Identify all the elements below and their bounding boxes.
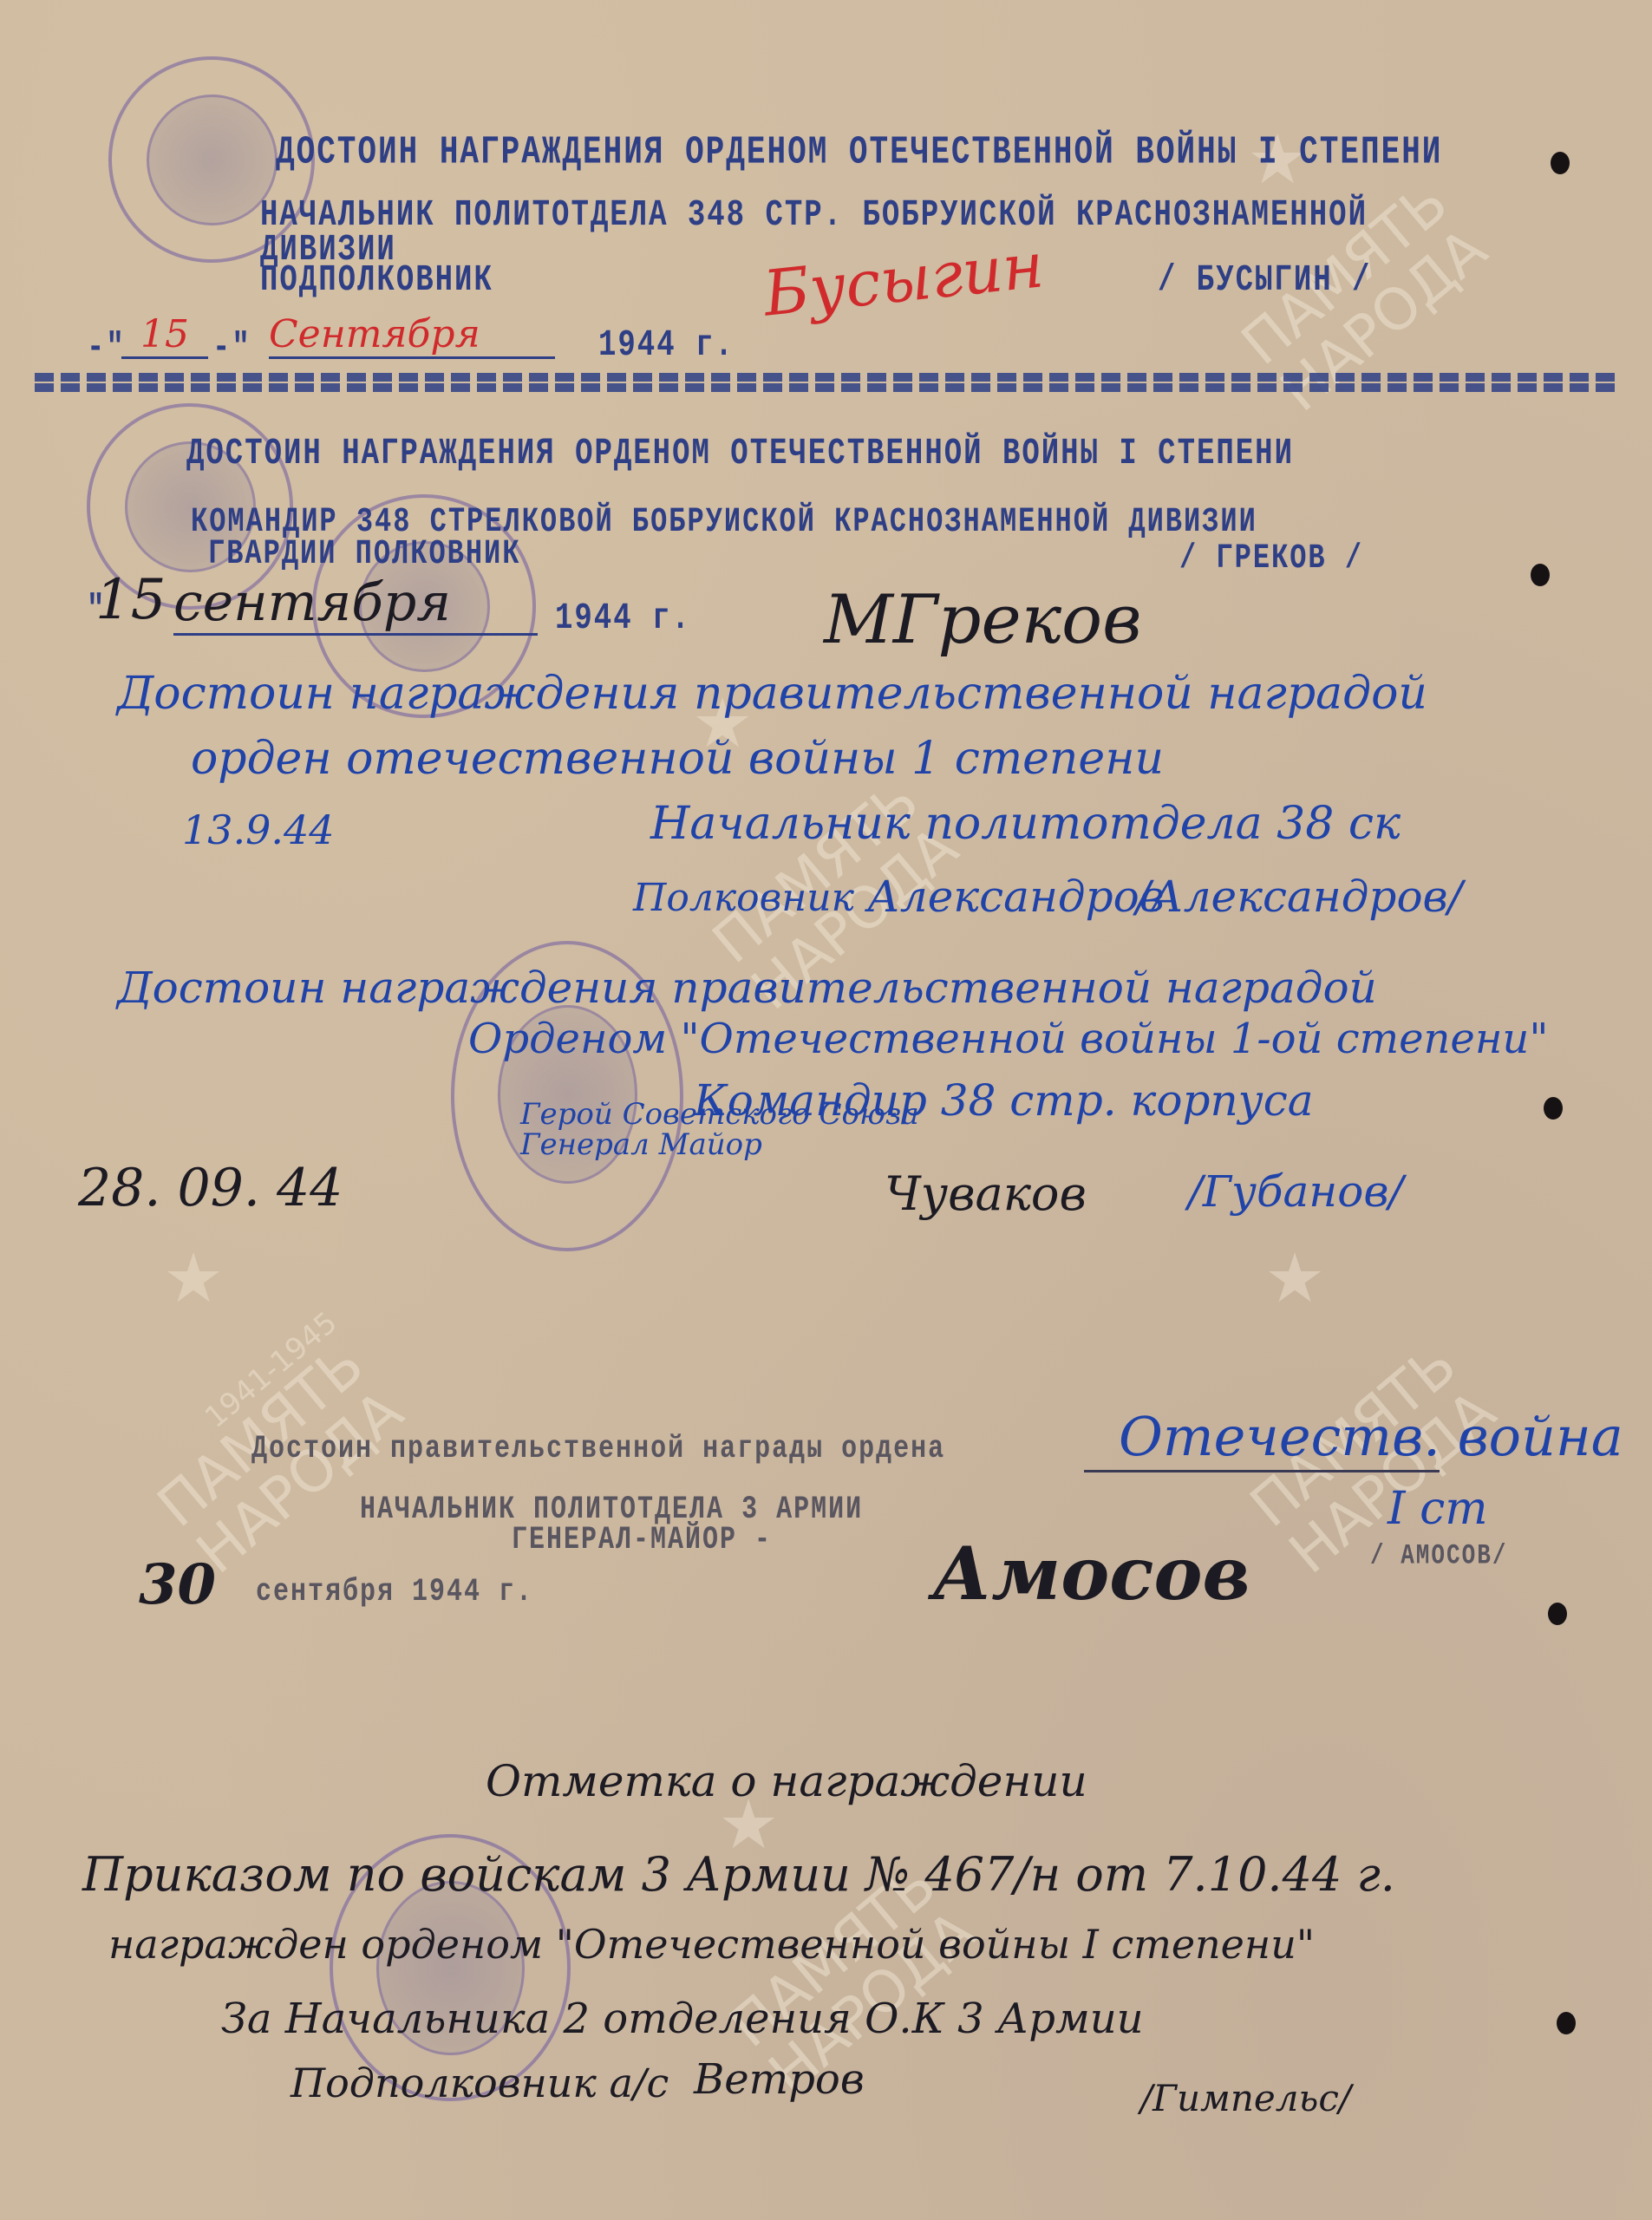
typed-award-title: Достоин правительственной награды ордена — [251, 1431, 945, 1468]
handwritten-rank: Полковник — [633, 876, 854, 920]
typed-rank: ПОДПОЛКОВНИК — [260, 260, 493, 302]
signature: Александров — [867, 872, 1165, 922]
handwritten-position: Начальник политотдела 38 ск — [650, 798, 1401, 850]
punch-hole — [1531, 564, 1550, 586]
signature: Бусыгин — [760, 228, 1047, 330]
date-month: сентября — [173, 572, 538, 636]
handwritten-recommendation: Достоин награждения правительственной на… — [117, 668, 1427, 720]
date-year: 1944 г. — [598, 325, 735, 367]
signature: Амосов — [932, 1531, 1250, 1616]
award-granted-line: награжден орденом "Отечественной войны I… — [108, 1921, 1315, 1968]
date-day: 30 — [139, 1552, 216, 1617]
handwritten-date: 13.9.44 — [182, 806, 335, 853]
date-day: 15 — [121, 312, 208, 359]
handwritten-name: /Губанов/ — [1188, 1166, 1403, 1217]
award-signatory-position: За Начальника 2 отделения О.К 3 Армии — [221, 1995, 1144, 2043]
watermark-star-icon: ★ — [1266, 1214, 1323, 1332]
punch-hole — [1544, 1097, 1563, 1120]
handwritten-title: Герой Советского Союза — [520, 1097, 919, 1132]
handwritten-recommendation: Достоин награждения правительственной на… — [117, 963, 1377, 1013]
handwritten-award: Отечеств. война — [1119, 1405, 1623, 1468]
typed-position: НАЧАЛЬНИК ПОЛИТОТДЕЛА 348 СТР. БОБРУИСКО… — [260, 195, 1368, 237]
award-order-line: Приказом по войскам 3 Армии № 467/н от 7… — [82, 1847, 1395, 1902]
date-year: 1944 г. — [555, 598, 691, 640]
date-mid: -" — [212, 328, 251, 369]
typed-name: / ГРЕКОВ / — [1179, 538, 1363, 578]
date-month: Сентября — [269, 312, 555, 359]
typed-name: / БУСЫГИН / — [1158, 260, 1371, 302]
separator-line — [35, 373, 1622, 382]
punch-hole — [1557, 2012, 1576, 2034]
date-day: 15 — [95, 568, 166, 632]
signature: Ветров — [694, 2055, 865, 2104]
handwritten-rank: Генерал Майор — [520, 1127, 762, 1162]
typed-award-title: ДОСТОИН НАГРАЖДЕНИЯ ОРДЕНОМ ОТЕЧЕСТВЕННО… — [276, 130, 1442, 174]
handwritten-award: орден отечественной войны 1 степени — [191, 733, 1164, 785]
handwritten-award: Орденом "Отечественной войны 1-ой степен… — [468, 1015, 1548, 1063]
award-signatory-rank: Подполковник а/с — [291, 2060, 669, 2106]
typed-rank: ГЕНЕРАЛ-МАЙОР - — [512, 1522, 772, 1559]
typed-award-title: ДОСТОИН НАГРАЖДЕНИЯ ОРДЕНОМ ОТЕЧЕСТВЕННО… — [186, 434, 1294, 475]
date-prefix: -" — [87, 328, 126, 369]
date-rest: сентября 1944 г. — [256, 1574, 533, 1611]
typed-rank: ГВАРДИИ ПОЛКОВНИК — [208, 533, 520, 573]
punch-hole — [1551, 152, 1570, 174]
handwritten-name: /Александров/ — [1136, 872, 1463, 922]
punch-hole — [1548, 1603, 1567, 1625]
watermark-star-icon: ★ — [165, 1214, 222, 1332]
typed-name: / АМОСОВ/ — [1370, 1539, 1507, 1572]
separator-line — [35, 383, 1622, 392]
signature: МГреков — [824, 581, 1142, 659]
handwritten-date: 28. 09. 44 — [78, 1158, 343, 1218]
handwritten-degree: I ст — [1388, 1483, 1488, 1535]
signature: Чуваков — [885, 1166, 1087, 1221]
award-underline — [1084, 1470, 1440, 1472]
award-signatory-name: /Гимпельс/ — [1140, 2077, 1351, 2119]
award-note-heading: Отметка о награждении — [486, 1756, 1087, 1806]
